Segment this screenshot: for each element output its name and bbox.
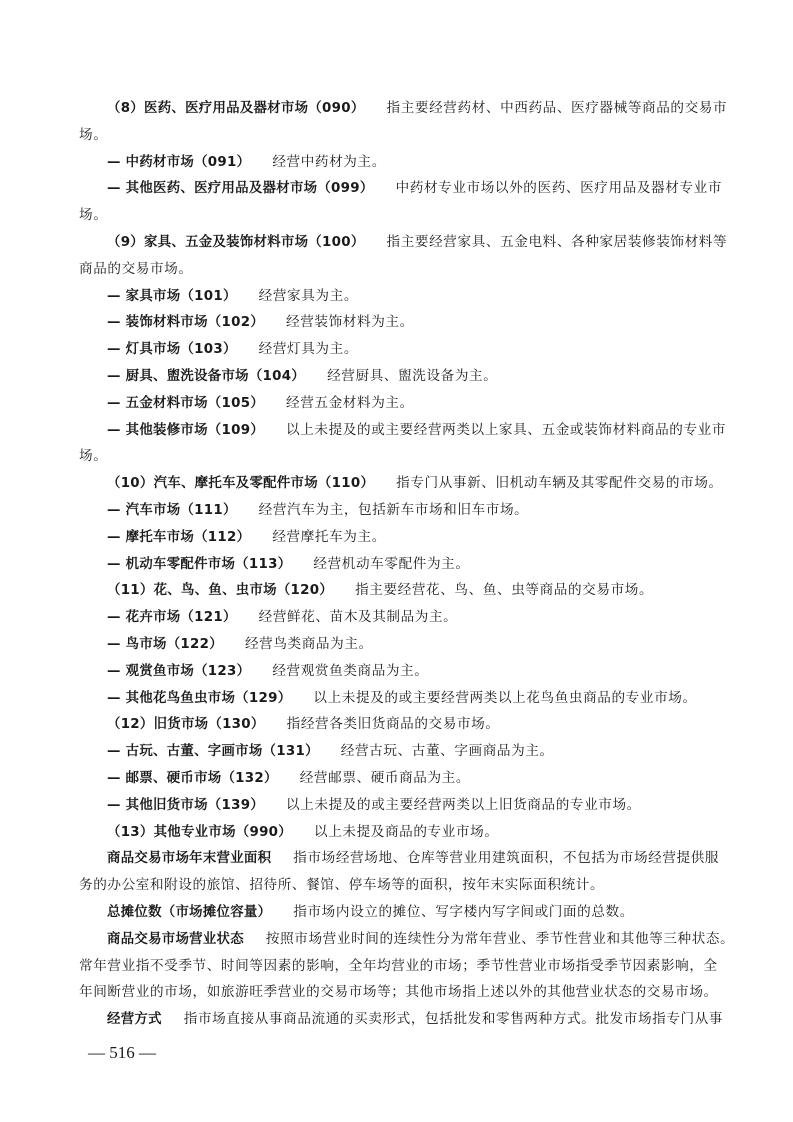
- term-description: 经营中药材为主。: [272, 154, 386, 170]
- definition-line: — 装饰材料市场（102）经营装饰材料为主。: [79, 309, 716, 336]
- term-description: 指市场直接从事商品流通的买卖形式，包括批发和零售两种方式。批发市场指专门从事: [184, 1011, 723, 1027]
- term-heading: — 古玩、古董、字画市场（131）: [107, 744, 319, 759]
- continuation-line: 商品的交易市场。: [79, 256, 716, 283]
- definition-line: （12）旧货市场（130）指经营各类旧货商品的交易市场。: [79, 711, 716, 738]
- definition-line: — 其他装修市场（109）以上未提及的或主要经营两类以上家具、五金或装饰材料商品…: [79, 417, 716, 444]
- term-description: 经营机动车零配件为主。: [313, 556, 469, 572]
- term-heading: 总摊位数（市场摊位容量）: [107, 905, 271, 920]
- definition-line: （8）医药、医疗用品及器材市场（090）指主要经营药材、中西药品、医疗器械等商品…: [79, 95, 716, 122]
- definition-line: （9）家具、五金及装饰材料市场（100）指主要经营家具、五金电料、各种家居装修装…: [79, 229, 716, 256]
- term-description: 年间断营业的市场，如旅游旺季营业的交易市场等；其他市场指上述以外的其他营业状态的…: [79, 984, 718, 1000]
- term-description: 中药材专业市场以外的医药、医疗用品及器材专业市: [396, 180, 722, 196]
- page-number: — 516 —: [88, 1043, 156, 1063]
- continuation-line: 场。: [79, 443, 716, 470]
- term-description: 经营观赏鱼类商品为主。: [272, 663, 428, 679]
- continuation-line: 年间断营业的市场，如旅游旺季营业的交易市场等；其他市场指上述以外的其他营业状态的…: [79, 979, 716, 1006]
- term-description: 经营装饰材料为主。: [286, 314, 414, 330]
- definition-line: — 五金材料市场（105）经营五金材料为主。: [79, 390, 716, 417]
- term-description: 以上未提及商品的专业市场。: [314, 824, 499, 840]
- continuation-line: 常年营业指不受季节、时间等因素的影响，全年均营业的市场；季节性营业市场指受季节因…: [79, 953, 716, 980]
- definition-line: 商品交易市场年末营业面积指市场经营场地、仓库等营业用建筑面积，不包括为市场经营提…: [79, 845, 716, 872]
- term-description: 务的办公室和附设的旅馆、招待所、餐馆、停车场等的面积，按年末实际面积统计。: [79, 877, 604, 893]
- term-heading: — 灯具市场（103）: [107, 342, 237, 357]
- definition-line: — 其他医药、医疗用品及器材市场（099）中药材专业市场以外的医药、医疗用品及器…: [79, 175, 716, 202]
- term-heading: — 中药材市场（091）: [107, 155, 250, 170]
- term-heading: （8）医药、医疗用品及器材市场（090）: [107, 101, 365, 116]
- definition-line: — 观赏鱼市场（123）经营观赏鱼类商品为主。: [79, 658, 716, 685]
- term-heading: — 汽车市场（111）: [107, 503, 237, 518]
- term-description: 经营灯具为主。: [259, 341, 358, 357]
- term-heading: （11）花、鸟、鱼、虫市场（120）: [107, 583, 333, 598]
- term-heading: — 家具市场（101）: [107, 289, 237, 304]
- term-heading: （12）旧货市场（130）: [107, 717, 265, 732]
- definition-line: — 鸟市场（122）经营鸟类商品为主。: [79, 631, 716, 658]
- definition-line: （11）花、鸟、鱼、虫市场（120）指主要经营花、鸟、鱼、虫等商品的交易市场。: [79, 577, 716, 604]
- term-heading: — 其他旧货市场（139）: [107, 798, 264, 813]
- term-heading: — 摩托车市场（112）: [107, 530, 250, 545]
- term-description: 指经营各类旧货商品的交易市场。: [287, 716, 500, 732]
- term-description: 场。: [79, 127, 107, 143]
- term-description: 经营五金材料为主。: [286, 395, 414, 411]
- term-description: 指专门从事新、旧机动车辆及其零配件交易的市场。: [396, 475, 722, 491]
- term-heading: 商品交易市场营业状态: [107, 932, 244, 947]
- term-description: 商品的交易市场。: [79, 261, 193, 277]
- definition-line: — 邮票、硬币市场（132）经营邮票、硬币商品为主。: [79, 765, 716, 792]
- document-body: （8）医药、医疗用品及器材市场（090）指主要经营药材、中西药品、医疗器械等商品…: [79, 95, 716, 1033]
- definition-line: — 厨具、盥洗设备市场（104）经营厨具、盥洗设备为主。: [79, 363, 716, 390]
- definition-line: — 摩托车市场（112）经营摩托车为主。: [79, 524, 716, 551]
- term-description: 按照市场营业时间的连续性分为常年营业、季节性营业和其他等三种状态。: [266, 931, 734, 947]
- term-description: 以上未提及的或主要经营两类以上花鸟鱼虫商品的专业市场。: [313, 690, 696, 706]
- term-heading: — 其他医药、医疗用品及器材市场（099）: [107, 181, 374, 196]
- definition-line: — 中药材市场（091）经营中药材为主。: [79, 149, 716, 176]
- term-description: 指主要经营药材、中西药品、医疗器械等商品的交易市: [387, 100, 728, 116]
- term-description: 经营鲜花、苗木及其制品为主。: [259, 609, 458, 625]
- term-description: 指市场经营场地、仓库等营业用建筑面积，不包括为市场经营提供服: [293, 850, 719, 866]
- term-description: 指市场内设立的摊位、写字楼内写字间或门面的总数。: [293, 904, 634, 920]
- definition-line: 商品交易市场营业状态按照市场营业时间的连续性分为常年营业、季节性营业和其他等三种…: [79, 926, 716, 953]
- term-description: 以上未提及的或主要经营两类以上家具、五金或装饰材料商品的专业市: [286, 422, 726, 438]
- continuation-line: 场。: [79, 122, 716, 149]
- term-description: 指主要经营花、鸟、鱼、虫等商品的交易市场。: [355, 582, 653, 598]
- definition-line: 经营方式指市场直接从事商品流通的买卖形式，包括批发和零售两种方式。批发市场指专门…: [79, 1006, 716, 1033]
- term-heading: — 观赏鱼市场（123）: [107, 664, 250, 679]
- term-heading: — 花卉市场（121）: [107, 610, 237, 625]
- term-heading: — 其他花鸟鱼虫市场（129）: [107, 691, 291, 706]
- definition-line: — 其他花鸟鱼虫市场（129）以上未提及的或主要经营两类以上花鸟鱼虫商品的专业市…: [79, 685, 716, 712]
- term-heading: — 其他装修市场（109）: [107, 423, 264, 438]
- term-description: 场。: [79, 448, 107, 464]
- term-heading: 商品交易市场年末营业面积: [107, 851, 271, 866]
- term-heading: 经营方式: [107, 1012, 162, 1027]
- continuation-line: 场。: [79, 202, 716, 229]
- term-heading: — 装饰材料市场（102）: [107, 315, 264, 330]
- term-description: 经营家具为主。: [259, 288, 358, 304]
- definition-line: — 汽车市场（111）经营汽车为主，包括新车市场和旧车市场。: [79, 497, 716, 524]
- term-description: 经营鸟类商品为主。: [245, 636, 373, 652]
- definition-line: — 家具市场（101）经营家具为主。: [79, 283, 716, 310]
- definition-line: — 其他旧货市场（139）以上未提及的或主要经营两类以上旧货商品的专业市场。: [79, 792, 716, 819]
- term-heading: — 邮票、硬币市场（132）: [107, 771, 278, 786]
- term-heading: — 厨具、盥洗设备市场（104）: [107, 369, 305, 384]
- term-description: 经营摩托车为主。: [272, 529, 386, 545]
- term-description: 经营厨具、盥洗设备为主。: [327, 368, 497, 384]
- term-description: 以上未提及的或主要经营两类以上旧货商品的专业市场。: [286, 797, 641, 813]
- definition-line: （10）汽车、摩托车及零配件市场（110）指专门从事新、旧机动车辆及其零配件交易…: [79, 470, 716, 497]
- definition-line: — 机动车零配件市场（113）经营机动车零配件为主。: [79, 551, 716, 578]
- term-description: 指主要经营家具、五金电料、各种家居装修装饰材料等: [387, 234, 728, 250]
- continuation-line: 务的办公室和附设的旅馆、招待所、餐馆、停车场等的面积，按年末实际面积统计。: [79, 872, 716, 899]
- definition-line: — 花卉市场（121）经营鲜花、苗木及其制品为主。: [79, 604, 716, 631]
- term-heading: — 机动车零配件市场（113）: [107, 557, 291, 572]
- term-description: 经营汽车为主，包括新车市场和旧车市场。: [259, 502, 529, 518]
- term-description: 场。: [79, 207, 107, 223]
- definition-line: （13）其他专业市场（990）以上未提及商品的专业市场。: [79, 819, 716, 846]
- definition-line: — 灯具市场（103）经营灯具为主。: [79, 336, 716, 363]
- term-heading: — 鸟市场（122）: [107, 637, 223, 652]
- definition-line: 总摊位数（市场摊位容量）指市场内设立的摊位、写字楼内写字间或门面的总数。: [79, 899, 716, 926]
- term-heading: — 五金材料市场（105）: [107, 396, 264, 411]
- term-heading: （9）家具、五金及装饰材料市场（100）: [107, 235, 365, 250]
- definition-line: — 古玩、古董、字画市场（131）经营古玩、古董、字画商品为主。: [79, 738, 716, 765]
- term-description: 经营邮票、硬币商品为主。: [300, 770, 470, 786]
- term-description: 常年营业指不受季节、时间等因素的影响，全年均营业的市场；季节性营业市场指受季节因…: [79, 958, 718, 974]
- term-description: 经营古玩、古董、字画商品为主。: [341, 743, 554, 759]
- term-heading: （10）汽车、摩托车及零配件市场（110）: [107, 476, 374, 491]
- term-heading: （13）其他专业市场（990）: [107, 825, 292, 840]
